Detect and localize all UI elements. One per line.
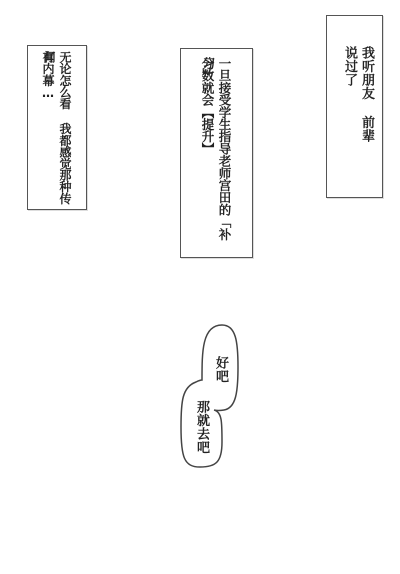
caption-box-right: 我听朋友 前辈 说过了 — [326, 15, 383, 198]
bubble-line-2: 那就去吧 — [193, 400, 209, 454]
caption-box-left: 无论怎么看 我都感觉那种传闻 有内幕… — [27, 45, 87, 210]
bubble-line-1: 好吧 — [212, 356, 228, 383]
caption-middle-line-2: 分数就会【提升】 — [199, 57, 215, 155]
caption-left-line-2: 有内幕… — [40, 51, 56, 99]
caption-right-line-1: 我听朋友 前辈 — [358, 46, 374, 143]
speech-bubble: 好吧 那就去吧 — [178, 322, 242, 472]
speech-bubble-outline — [178, 322, 242, 472]
caption-box-middle: 一旦接受学生指导老师宫田的「补习」 分数就会【提升】 — [180, 48, 253, 258]
caption-right-line-2: 说过了 — [341, 46, 357, 87]
